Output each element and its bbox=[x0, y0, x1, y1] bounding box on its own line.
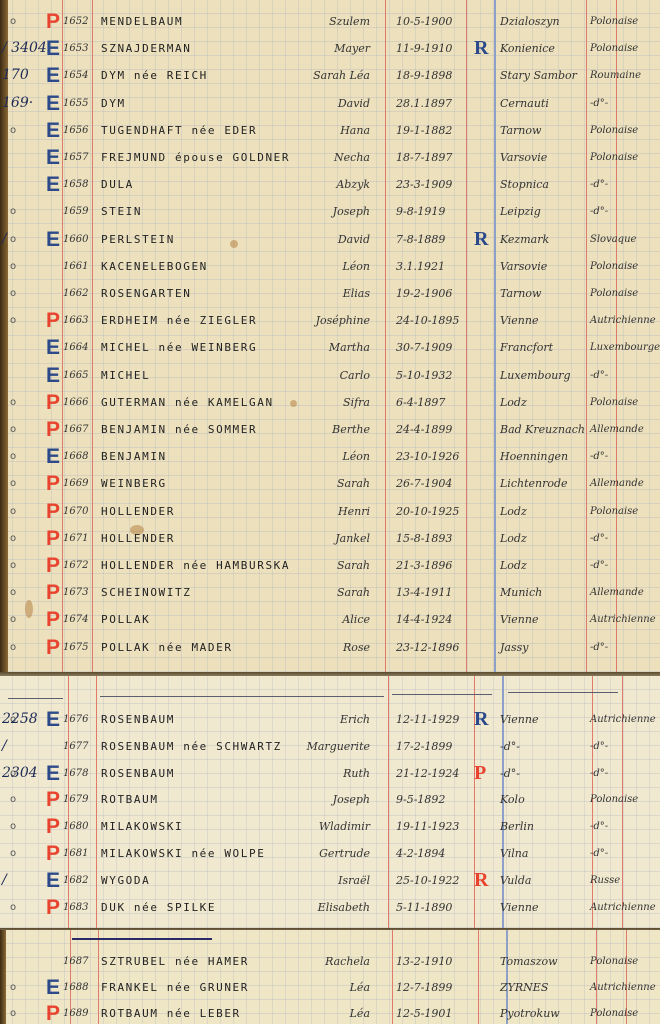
status-mark: E bbox=[46, 362, 60, 389]
status-mark: P bbox=[46, 389, 60, 416]
row-dot: o bbox=[10, 606, 16, 633]
surname: ROSENBAUM née SCHWARTZ bbox=[101, 733, 282, 760]
status-mark: E bbox=[46, 62, 60, 89]
entry-number: 1687 bbox=[63, 948, 88, 975]
status-mark: P bbox=[46, 1000, 60, 1024]
entry-number: 1671 bbox=[63, 525, 88, 552]
birth-date: 23-12-1896 bbox=[396, 634, 459, 661]
nationality: Polonaise bbox=[590, 144, 638, 171]
birth-date: 9-5-1892 bbox=[396, 786, 445, 813]
birth-date: 18-7-1897 bbox=[396, 144, 452, 171]
birth-date: 19-11-1923 bbox=[396, 813, 459, 840]
first-name: Rose bbox=[343, 634, 370, 661]
row-dot: o bbox=[10, 840, 16, 867]
nationality: Autrichienne bbox=[590, 307, 656, 334]
birth-date: 19-1-1882 bbox=[396, 117, 452, 144]
status-mark: E bbox=[46, 171, 60, 198]
nationality: Polonaise bbox=[590, 253, 638, 280]
birthplace: Tarnow bbox=[500, 280, 541, 307]
entry-number: 1668 bbox=[63, 443, 88, 470]
nationality: Autrichienne bbox=[590, 706, 656, 733]
first-name: Joséphine bbox=[316, 307, 370, 334]
surname: SZNAJDERMAN bbox=[101, 35, 191, 62]
ledger-row: oP1683DUK née SPILKEElisabeth5-11-1890Vi… bbox=[0, 894, 660, 921]
nationality: -d°- bbox=[590, 552, 608, 579]
row-dot: o bbox=[10, 974, 16, 1001]
row-dot: o bbox=[10, 525, 16, 552]
birthplace: Pyotrokuw bbox=[500, 1000, 560, 1024]
status-mark: P bbox=[46, 416, 60, 443]
surname: MICHEL née WEINBERG bbox=[101, 334, 257, 361]
nationality: Allemande bbox=[590, 579, 644, 606]
ledger-row: oP1669WEINBERGSarah26-7-1904LichtenrodeA… bbox=[0, 470, 660, 497]
first-name: Léon bbox=[342, 443, 370, 470]
surname: HOLLENDER née HAMBURSKA bbox=[101, 552, 290, 579]
birthplace: Vulda bbox=[500, 867, 531, 894]
surname: WEINBERG bbox=[101, 470, 167, 497]
ledger-page-1: oP1652MENDELBAUMSzulem10-5-1900Dzialoszy… bbox=[0, 0, 660, 672]
nationality: -d°- bbox=[590, 443, 608, 470]
birthplace: Lodz bbox=[500, 525, 527, 552]
birthplace: Stopnica bbox=[500, 171, 549, 198]
first-name: Sarah Léa bbox=[313, 62, 370, 89]
first-name: Erich bbox=[340, 706, 370, 733]
first-name: Léa bbox=[350, 974, 370, 1001]
birthplace: Hoenningen bbox=[500, 443, 568, 470]
birthplace: Vienne bbox=[500, 706, 538, 733]
first-name: Elisabeth bbox=[318, 894, 370, 921]
birthplace: Berlin bbox=[500, 813, 534, 840]
first-name: David bbox=[338, 90, 370, 117]
birthplace: Francfort bbox=[500, 334, 553, 361]
entry-number: 1666 bbox=[63, 389, 88, 416]
birthplace: Varsovie bbox=[500, 253, 547, 280]
entry-number: 1664 bbox=[63, 334, 88, 361]
birthplace: Vienne bbox=[500, 606, 538, 633]
first-name: Joseph bbox=[333, 198, 370, 225]
surname: ROTBAUM bbox=[101, 786, 159, 813]
nationality: -d°- bbox=[590, 171, 608, 198]
status-mark: P bbox=[46, 634, 60, 661]
ledger-row: oP1689ROTBAUM née LEBERLéa12-5-1901Pyotr… bbox=[0, 1000, 660, 1024]
birth-date: 18-9-1898 bbox=[396, 62, 452, 89]
entry-number: 1673 bbox=[63, 579, 88, 606]
surname: POLLAK bbox=[101, 606, 150, 633]
status-mark: E bbox=[46, 117, 60, 144]
birthplace: -d°- bbox=[500, 760, 520, 787]
birth-date: 14-4-1924 bbox=[396, 606, 452, 633]
birth-date: 24-4-1899 bbox=[396, 416, 452, 443]
ledger-page-3: 1687SZTRUBEL née HAMERRachela13-2-1910To… bbox=[0, 930, 660, 1024]
status-mark: P bbox=[46, 840, 60, 867]
struck-line bbox=[72, 938, 212, 940]
nationality: Autrichienne bbox=[590, 894, 656, 921]
first-name: Szulem bbox=[329, 8, 370, 35]
ledger-row: o1659STEINJoseph9-8-1919Leipzig-d°- bbox=[0, 198, 660, 225]
row-dot: o bbox=[10, 280, 16, 307]
ledger-row: o1662ROSENGARTENElias19-2-1906TarnowPolo… bbox=[0, 280, 660, 307]
row-dot: o bbox=[10, 416, 16, 443]
entry-number: 1656 bbox=[63, 117, 88, 144]
status-mark: P bbox=[46, 579, 60, 606]
nationality: Autrichienne bbox=[590, 974, 656, 1001]
birth-date: 28.1.1897 bbox=[396, 90, 452, 117]
entry-number: 1674 bbox=[63, 606, 88, 633]
birth-date: 30-7-1909 bbox=[396, 334, 452, 361]
first-name: Sarah bbox=[337, 579, 370, 606]
row-dot: o bbox=[10, 552, 16, 579]
ledger-row: / 3404E1653SZNAJDERMANMayer11-9-1910RKon… bbox=[0, 35, 660, 62]
first-name: Ruth bbox=[343, 760, 370, 787]
row-dot: o bbox=[10, 8, 16, 35]
status-mark: P bbox=[46, 813, 60, 840]
surname: MENDELBAUM bbox=[101, 8, 183, 35]
margin-note: / bbox=[2, 733, 7, 760]
row-dot: o bbox=[10, 894, 16, 921]
birthplace: Vilna bbox=[500, 840, 528, 867]
ledger-row: oE1668BENJAMINLéon23-10-1926Hoenningen-d… bbox=[0, 443, 660, 470]
birth-date: 12-11-1929 bbox=[396, 706, 459, 733]
ledger-row: o1661KACENELEBOGENLéon3.1.1921VarsoviePo… bbox=[0, 253, 660, 280]
birthplace: Leipzig bbox=[500, 198, 541, 225]
birth-date: 20-10-1925 bbox=[396, 498, 459, 525]
margin-note: / bbox=[2, 226, 7, 253]
birth-date: 21-3-1896 bbox=[396, 552, 452, 579]
first-name: Rachela bbox=[325, 948, 370, 975]
first-name: Necha bbox=[334, 144, 370, 171]
entry-number: 1681 bbox=[63, 840, 88, 867]
row-dot: o bbox=[10, 634, 16, 661]
surname: MICHEL bbox=[101, 362, 150, 389]
birth-date: 19-2-1906 bbox=[396, 280, 452, 307]
birth-date: 23-10-1926 bbox=[396, 443, 459, 470]
ledger-row: o2304E1678ROSENBAUMRuth21-12-1924P-d°--d… bbox=[0, 760, 660, 787]
status-mark: E bbox=[46, 144, 60, 171]
remark-mark: P bbox=[474, 760, 486, 787]
entry-number: 1658 bbox=[63, 171, 88, 198]
surname: GUTERMAN née KAMELGAN bbox=[101, 389, 274, 416]
entry-number: 1662 bbox=[63, 280, 88, 307]
nationality: Polonaise bbox=[590, 280, 638, 307]
entry-number: 1670 bbox=[63, 498, 88, 525]
nationality: Roumaine bbox=[590, 62, 641, 89]
birth-date: 23-3-1909 bbox=[396, 171, 452, 198]
first-name: Joseph bbox=[333, 786, 370, 813]
status-mark: E bbox=[46, 760, 60, 787]
surname: BENJAMIN née SOMMER bbox=[101, 416, 257, 443]
ledger-row: oP1672HOLLENDER née HAMBURSKASarah21-3-1… bbox=[0, 552, 660, 579]
status-mark: P bbox=[46, 470, 60, 497]
birthplace: Kezmark bbox=[500, 226, 549, 253]
first-name: Sarah bbox=[337, 470, 370, 497]
remark-mark: R bbox=[474, 226, 488, 253]
ledger-row: oP1663ERDHEIM née ZIEGLERJoséphine24-10-… bbox=[0, 307, 660, 334]
row-dot: o bbox=[10, 786, 16, 813]
birthplace: Luxembourg bbox=[500, 362, 571, 389]
status-mark: E bbox=[46, 226, 60, 253]
surname: FRANKEL née GRUNER bbox=[101, 974, 249, 1001]
first-name: Marguerite bbox=[307, 733, 370, 760]
surname: ROSENBAUM bbox=[101, 706, 175, 733]
entry-number: 1677 bbox=[63, 733, 88, 760]
ledger-page-2: o2258E1676ROSENBAUMErich12-11-1929RVienn… bbox=[0, 676, 660, 928]
first-name: Henri bbox=[338, 498, 370, 525]
ledger-row: oE1656TUGENDHAFT née EDERHana19-1-1882Ta… bbox=[0, 117, 660, 144]
first-name: Gertrude bbox=[319, 840, 370, 867]
entry-number: 1679 bbox=[63, 786, 88, 813]
entry-number: 1680 bbox=[63, 813, 88, 840]
nationality: Polonaise bbox=[590, 948, 638, 975]
entry-number: 1682 bbox=[63, 867, 88, 894]
first-name: Alice bbox=[342, 606, 370, 633]
birthplace: -d°- bbox=[500, 733, 520, 760]
first-name: Léa bbox=[350, 1000, 370, 1024]
row-dot: o bbox=[10, 813, 16, 840]
surname: MILAKOWSKI née WOLPE bbox=[101, 840, 265, 867]
surname: KACENELEBOGEN bbox=[101, 253, 208, 280]
ledger-row: oP1681MILAKOWSKI née WOLPEGertrude4-2-18… bbox=[0, 840, 660, 867]
surname: HOLLENDER bbox=[101, 498, 175, 525]
surname: ROSENGARTEN bbox=[101, 280, 191, 307]
nationality: -d°- bbox=[590, 760, 608, 787]
surname: FREJMUND épouse GOLDNER bbox=[101, 144, 290, 171]
margin-note: 2258 bbox=[2, 706, 38, 733]
surname: HOLLENDER bbox=[101, 525, 175, 552]
birth-date: 5-10-1932 bbox=[396, 362, 452, 389]
margin-note: / 3404 bbox=[2, 35, 47, 62]
ledger-row: oP1675POLLAK née MADERRose23-12-1896Jass… bbox=[0, 634, 660, 661]
ledger-row: E1665MICHELCarlo5-10-1932Luxembourg-d°- bbox=[0, 362, 660, 389]
surname: SCHEINOWITZ bbox=[101, 579, 191, 606]
surname: TUGENDHAFT née EDER bbox=[101, 117, 257, 144]
remark-mark: R bbox=[474, 706, 488, 733]
nationality: Polonaise bbox=[590, 786, 638, 813]
nationality: -d°- bbox=[590, 525, 608, 552]
entry-number: 1660 bbox=[63, 226, 88, 253]
first-name: Jankel bbox=[335, 525, 370, 552]
status-mark: P bbox=[46, 307, 60, 334]
entry-number: 1688 bbox=[63, 974, 88, 1001]
birth-date: 26-7-1904 bbox=[396, 470, 452, 497]
surname: DYM née REICH bbox=[101, 62, 208, 89]
first-name: Israël bbox=[338, 867, 370, 894]
birthplace: Kolo bbox=[500, 786, 525, 813]
ledger-row: o/E1660PERLSTEINDavid7-8-1889RKezmarkSlo… bbox=[0, 226, 660, 253]
birth-date: 21-12-1924 bbox=[396, 760, 459, 787]
birthplace: Lodz bbox=[500, 552, 527, 579]
birth-date: 6-4-1897 bbox=[396, 389, 445, 416]
birth-date: 3.1.1921 bbox=[396, 253, 445, 280]
nationality: Russe bbox=[590, 867, 620, 894]
ledger-row: oP1667BENJAMIN née SOMMERBerthe24-4-1899… bbox=[0, 416, 660, 443]
first-name: Hana bbox=[340, 117, 370, 144]
birth-date: 17-2-1899 bbox=[396, 733, 452, 760]
row-dot: o bbox=[10, 443, 16, 470]
surname: DUK née SPILKE bbox=[101, 894, 216, 921]
surname: BENJAMIN bbox=[101, 443, 167, 470]
status-mark: P bbox=[46, 894, 60, 921]
entry-number: 1652 bbox=[63, 8, 88, 35]
row-dot: o bbox=[10, 579, 16, 606]
surname: WYGODA bbox=[101, 867, 150, 894]
nationality: -d°- bbox=[590, 813, 608, 840]
nationality: Polonaise bbox=[590, 1000, 638, 1024]
entry-number: 1667 bbox=[63, 416, 88, 443]
row-dot: o bbox=[10, 470, 16, 497]
ledger-row: oP1666GUTERMAN née KAMELGANSifra6-4-1897… bbox=[0, 389, 660, 416]
nationality: -d°- bbox=[590, 733, 608, 760]
status-mark: E bbox=[46, 90, 60, 117]
ledger-row: oP1680MILAKOWSKIWladimir19-11-1923Berlin… bbox=[0, 813, 660, 840]
row-dot: o bbox=[10, 389, 16, 416]
row-dot: o bbox=[10, 198, 16, 225]
birth-date: 4-2-1894 bbox=[396, 840, 445, 867]
birth-date: 15-8-1893 bbox=[396, 525, 452, 552]
nationality: Autrichienne bbox=[590, 606, 656, 633]
birth-date: 13-2-1910 bbox=[396, 948, 452, 975]
birthplace: Lichtenrode bbox=[500, 470, 568, 497]
ledger-row: 1687SZTRUBEL née HAMERRachela13-2-1910To… bbox=[0, 948, 660, 975]
status-mark: P bbox=[46, 552, 60, 579]
row-dot: o bbox=[10, 307, 16, 334]
row-dot: o bbox=[10, 117, 16, 144]
birthplace: Vienne bbox=[500, 307, 538, 334]
first-name: Berthe bbox=[332, 416, 370, 443]
nationality: Polonaise bbox=[590, 389, 638, 416]
ledger-row: 170E1654DYM née REICHSarah Léa18-9-1898S… bbox=[0, 62, 660, 89]
birthplace: Jassy bbox=[500, 634, 528, 661]
status-mark: P bbox=[46, 786, 60, 813]
surname: ERDHEIM née ZIEGLER bbox=[101, 307, 257, 334]
ledger-row: 169·E1655DYMDavid28.1.1897Cernauti-d°- bbox=[0, 90, 660, 117]
nationality: Luxembourgeoise bbox=[590, 334, 660, 361]
surname: DULA bbox=[101, 171, 134, 198]
first-name: Sifra bbox=[343, 389, 370, 416]
row-dot: o bbox=[10, 1000, 16, 1024]
birthplace: Tarnow bbox=[500, 117, 541, 144]
birthplace: ZYRNES bbox=[500, 974, 548, 1001]
ledger-row: oP1670HOLLENDERHenri20-10-1925LodzPolona… bbox=[0, 498, 660, 525]
ledger-row: oE1688FRANKEL née GRUNERLéa12-7-1899ZYRN… bbox=[0, 974, 660, 1001]
entry-number: 1678 bbox=[63, 760, 88, 787]
ledger-row: oP1671HOLLENDERJankel15-8-1893Lodz-d°- bbox=[0, 525, 660, 552]
surname: SZTRUBEL née HAMER bbox=[101, 948, 249, 975]
ledger-row: o2258E1676ROSENBAUMErich12-11-1929RVienn… bbox=[0, 706, 660, 733]
nationality: Slovaque bbox=[590, 226, 636, 253]
birthplace: Dzialoszyn bbox=[500, 8, 560, 35]
status-mark: E bbox=[46, 334, 60, 361]
nationality: -d°- bbox=[590, 198, 608, 225]
margin-note: 2304 bbox=[2, 760, 38, 787]
ledger-row: /E1682WYGODAIsraël25-10-1922RVuldaRusse bbox=[0, 867, 660, 894]
birthplace: Munich bbox=[500, 579, 542, 606]
nationality: Polonaise bbox=[590, 498, 638, 525]
first-name: Sarah bbox=[337, 552, 370, 579]
ledger-row: oP1679ROTBAUMJoseph9-5-1892KoloPolonaise bbox=[0, 786, 660, 813]
ledger-row: oP1652MENDELBAUMSzulem10-5-1900Dzialoszy… bbox=[0, 8, 660, 35]
birthplace: Varsovie bbox=[500, 144, 547, 171]
entry-number: 1683 bbox=[63, 894, 88, 921]
margin-note: 170 bbox=[2, 62, 29, 89]
remark-mark: R bbox=[474, 35, 488, 62]
nationality: -d°- bbox=[590, 90, 608, 117]
surname: MILAKOWSKI bbox=[101, 813, 183, 840]
remark-mark: R bbox=[474, 867, 488, 894]
entry-number: 1665 bbox=[63, 362, 88, 389]
entry-number: 1672 bbox=[63, 552, 88, 579]
surname: ROSENBAUM bbox=[101, 760, 175, 787]
row-dot: o bbox=[10, 498, 16, 525]
ledger-row: E1657FREJMUND épouse GOLDNERNecha18-7-18… bbox=[0, 144, 660, 171]
status-mark: P bbox=[46, 525, 60, 552]
ledger-row: /1677ROSENBAUM née SCHWARTZMarguerite17-… bbox=[0, 733, 660, 760]
first-name: Carlo bbox=[340, 362, 370, 389]
entry-number: 1669 bbox=[63, 470, 88, 497]
entry-number: 1675 bbox=[63, 634, 88, 661]
nationality: Polonaise bbox=[590, 8, 638, 35]
entry-number: 1659 bbox=[63, 198, 88, 225]
birth-date: 12-5-1901 bbox=[396, 1000, 452, 1024]
status-mark: P bbox=[46, 8, 60, 35]
status-mark: E bbox=[46, 867, 60, 894]
first-name: Léon bbox=[342, 253, 370, 280]
birth-date: 24-10-1895 bbox=[396, 307, 459, 334]
first-name: David bbox=[338, 226, 370, 253]
birthplace: Tomaszow bbox=[500, 948, 558, 975]
status-mark: E bbox=[46, 443, 60, 470]
entry-number: 1654 bbox=[63, 62, 88, 89]
status-mark: P bbox=[46, 606, 60, 633]
birthplace: Konienice bbox=[500, 35, 555, 62]
nationality: Allemande bbox=[590, 470, 644, 497]
entry-number: 1657 bbox=[63, 144, 88, 171]
entry-number: 1653 bbox=[63, 35, 88, 62]
birth-date: 5-11-1890 bbox=[396, 894, 452, 921]
ledger-row: oP1674POLLAKAlice14-4-1924VienneAutrichi… bbox=[0, 606, 660, 633]
surname: POLLAK née MADER bbox=[101, 634, 233, 661]
birth-date: 11-9-1910 bbox=[396, 35, 452, 62]
nationality: -d°- bbox=[590, 840, 608, 867]
nationality: Polonaise bbox=[590, 117, 638, 144]
birthplace: Cernauti bbox=[500, 90, 549, 117]
birth-date: 9-8-1919 bbox=[396, 198, 445, 225]
surname: ROTBAUM née LEBER bbox=[101, 1000, 241, 1024]
ledger-row: E1658DULAAbzyk23-3-1909Stopnica-d°- bbox=[0, 171, 660, 198]
first-name: Abzyk bbox=[336, 171, 370, 198]
birthplace: Vienne bbox=[500, 894, 538, 921]
ledger-row: oP1673SCHEINOWITZSarah13-4-1911MunichAll… bbox=[0, 579, 660, 606]
birthplace: Lodz bbox=[500, 498, 527, 525]
birth-date: 25-10-1922 bbox=[396, 867, 459, 894]
first-name: Wladimir bbox=[319, 813, 370, 840]
surname: STEIN bbox=[101, 198, 142, 225]
entry-number: 1676 bbox=[63, 706, 88, 733]
birth-date: 13-4-1911 bbox=[396, 579, 452, 606]
margin-note: 169· bbox=[2, 90, 33, 117]
surname: DYM bbox=[101, 90, 126, 117]
first-name: Elias bbox=[343, 280, 370, 307]
row-dot: o bbox=[10, 253, 16, 280]
birthplace: Bad Kreuznach bbox=[500, 416, 585, 443]
first-name: Martha bbox=[329, 334, 370, 361]
surname: PERLSTEIN bbox=[101, 226, 175, 253]
birth-date: 10-5-1900 bbox=[396, 8, 452, 35]
birth-date: 12-7-1899 bbox=[396, 974, 452, 1001]
entry-number: 1663 bbox=[63, 307, 88, 334]
nationality: -d°- bbox=[590, 362, 608, 389]
status-mark: P bbox=[46, 498, 60, 525]
row-dot: o bbox=[10, 226, 16, 253]
